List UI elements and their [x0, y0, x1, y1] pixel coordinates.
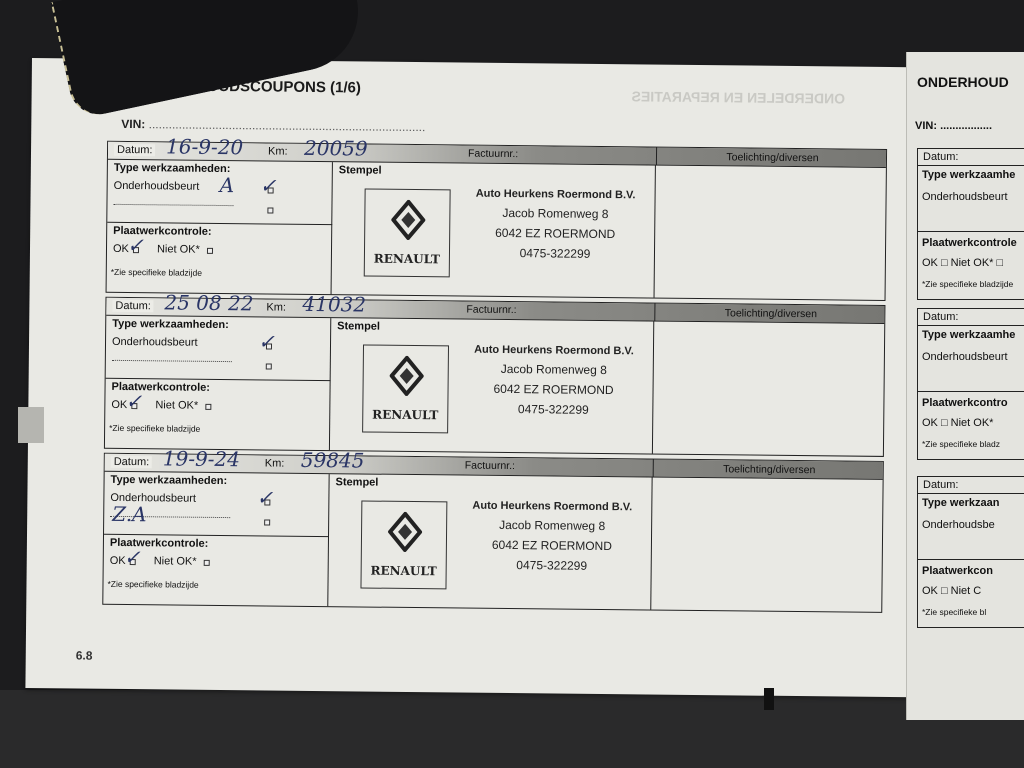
niet-ok-label: Niet OK*: [155, 399, 198, 411]
other-work-line: [112, 360, 232, 362]
right-page: ONDERHOUD VIN: ................. Datum: …: [906, 52, 1024, 720]
bookmark-ribbon: [764, 688, 774, 710]
onderhoudsbeurt-label: Onderhoudsbe: [922, 519, 995, 531]
vin-field: VIN: ...................................…: [121, 117, 425, 134]
section-tab-marker: [18, 407, 44, 443]
dealer-name: Auto Heurkens Roermond B.V.: [457, 499, 647, 513]
dealer-city: 6042 EZ ROERMOND: [460, 225, 650, 241]
divider: [918, 559, 1024, 560]
factuurnr-label: Factuurnr.:: [468, 148, 518, 161]
renault-diamond-icon: [388, 512, 422, 552]
niet-ok-checkbox[interactable]: [204, 560, 210, 566]
other-work-handwritten: Z.A: [112, 502, 147, 526]
right-page-title: ONDERHOUD: [917, 74, 1009, 90]
stempel-label: Stempel: [336, 476, 379, 488]
factuurnr-label: Factuurnr.:: [466, 304, 516, 317]
dealer-stamp-text: Auto Heurkens Roermond B.V. Jacob Romenw…: [457, 499, 648, 579]
vin-dots: ........................................…: [149, 117, 426, 134]
footnote-text: *Zie specifieke bl: [922, 607, 986, 617]
ok-check-mark-icon: ✓: [124, 545, 141, 569]
plaatwerkcontrole-label: Plaatwerkcon: [922, 565, 993, 577]
datum-label: Datum:: [112, 300, 154, 312]
dealer-name: Auto Heurkens Roermond B.V.: [461, 187, 651, 201]
check-mark-icon: ✓: [256, 485, 273, 509]
renault-diamond-icon: [389, 356, 423, 396]
ok-options: OK □ Niet OK* □: [922, 257, 1003, 269]
vin-label: VIN:: [121, 117, 145, 131]
datum-label: Datum:: [114, 144, 156, 156]
datum-label: Datum:: [923, 151, 958, 163]
other-work-checkbox[interactable]: [264, 519, 270, 525]
other-work-checkbox[interactable]: [266, 363, 272, 369]
maintenance-coupon-1: Datum: 16-9-20 Km: 20059 Factuurnr.: Toe…: [106, 141, 888, 301]
dealer-city: 6042 EZ ROERMOND: [457, 537, 647, 553]
datum-handwritten: 19-9-24: [163, 446, 240, 471]
dealer-phone: 0475-322299: [460, 245, 650, 261]
dealer-city: 6042 EZ ROERMOND: [458, 381, 648, 397]
plaatwerkcontrole-label: Plaatwerkcontro: [922, 397, 1008, 409]
check-mark-icon: ✓: [258, 329, 275, 353]
datum-label: Datum:: [923, 479, 958, 491]
stamp-brand: RENAULT: [363, 407, 447, 422]
type-werkzaamheden-label: Type werkzaan: [922, 497, 999, 509]
check-mark-icon: ✓: [260, 173, 277, 197]
km-handwritten: 59845: [301, 448, 365, 473]
ok-options: OK □ Niet OK*: [922, 417, 993, 429]
niet-ok-checkbox[interactable]: [205, 404, 211, 410]
type-werkzaamheden-label: Type werkzaamheden:: [111, 474, 228, 487]
type-werkzaamheden-label: Type werkzaamheden:: [114, 162, 231, 175]
bleed-through-title: ONDERDELEN EN REPARATIES: [632, 88, 846, 106]
toelichting-label: Toelichting/diversen: [653, 460, 885, 480]
niet-ok-label: Niet OK*: [154, 555, 197, 567]
table-surface: [0, 690, 1024, 768]
onderhoud-note-handwritten: A: [220, 173, 235, 197]
onderhoudsbeurt-label: Onderhoudsbeurt: [922, 191, 1008, 203]
onderhoudsbeurt-label: Onderhoudsbeurt: [922, 351, 1008, 363]
renault-diamond-icon: [391, 200, 425, 240]
stamp-section: Stempel RENAULT Auto Heurkens Roermond B…: [328, 474, 652, 609]
dealer-name: Auto Heurkens Roermond B.V.: [459, 343, 649, 357]
footnote-text: *Zie specifieke bladzijde: [109, 423, 200, 434]
work-type-section: Type werkzaamheden: Onderhoudsbeurt A ✓ …: [107, 160, 333, 294]
divider: [918, 391, 1024, 392]
factuurnr-label: Factuurnr.:: [465, 460, 515, 473]
divider: [918, 231, 1024, 232]
stamp-brand: RENAULT: [362, 563, 446, 578]
right-coupon-2: Datum: Type werkzaamhe Onderhoudsbeurt P…: [917, 308, 1024, 460]
ok-options: OK □ Niet C: [922, 585, 981, 597]
dealer-street: Jacob Romenweg 8: [459, 361, 649, 377]
work-type-section: Type werkzaamheden: Onderhoudsbeurt ✓ Pl…: [105, 316, 331, 450]
toelichting-label: Toelichting/diversen: [654, 304, 886, 324]
other-work-line: [113, 204, 233, 206]
onderhoudsbeurt-label: Onderhoudsbeurt: [114, 180, 200, 193]
plaatwerkcontrole-section: Plaatwerkcontrole: OK ✓ Niet OK* *Zie sp…: [105, 378, 331, 450]
dealer-stamp-text: Auto Heurkens Roermond B.V. Jacob Romenw…: [458, 343, 649, 423]
left-page: ONDERHOUDSCOUPONS (1/6) ONDERDELEN EN RE…: [25, 58, 922, 697]
maintenance-coupon-2: Datum: 25 08 22 Km: 41032 Factuurnr.: To…: [104, 297, 886, 457]
dealer-phone: 0475-322299: [457, 557, 647, 573]
dealer-street: Jacob Romenweg 8: [457, 517, 647, 533]
right-coupon-3: Datum: Type werkzaan Onderhoudsbe Plaatw…: [917, 476, 1024, 628]
km-label: Km:: [265, 457, 285, 469]
work-type-section: Type werkzaamheden: Onderhoudsbeurt ✓ Z.…: [103, 472, 329, 606]
dealer-street: Jacob Romenweg 8: [460, 205, 650, 221]
stamp-section: Stempel RENAULT Auto Heurkens Roermond B…: [330, 318, 654, 453]
dealer-stamp-text: Auto Heurkens Roermond B.V. Jacob Romenw…: [460, 187, 651, 267]
km-label: Km:: [268, 145, 288, 157]
onderhoudsbeurt-label: Onderhoudsbeurt: [112, 336, 198, 349]
other-work-checkbox[interactable]: [267, 207, 273, 213]
renault-stamp-logo: RENAULT: [360, 500, 447, 589]
renault-stamp-logo: RENAULT: [362, 344, 449, 433]
niet-ok-label: Niet OK*: [157, 243, 200, 255]
footnote-text: *Zie specifieke bladzijde: [111, 267, 202, 278]
km-handwritten: 41032: [302, 292, 366, 317]
plaatwerkcontrole-label: Plaatwerkcontrole: [922, 237, 1017, 249]
divider: [918, 325, 1024, 326]
right-vin-dots: .................: [940, 120, 992, 132]
footnote-text: *Zie specifieke bladz: [922, 439, 1000, 449]
page-number: 6.8: [76, 648, 93, 662]
datum-handwritten: 16-9-20: [166, 134, 243, 159]
plaatwerkcontrole-section: Plaatwerkcontrole: OK ✓ Niet OK* *Zie sp…: [103, 534, 329, 606]
datum-label: Datum:: [111, 456, 153, 468]
right-vin-label: VIN:: [915, 120, 937, 132]
datum-label: Datum:: [923, 311, 958, 323]
type-werkzaamheden-label: Type werkzaamhe: [922, 329, 1015, 341]
type-werkzaamheden-label: Type werkzaamhe: [922, 169, 1015, 181]
renault-stamp-logo: RENAULT: [364, 188, 451, 277]
right-vin-field: VIN: .................: [915, 120, 992, 132]
stempel-label: Stempel: [339, 164, 382, 176]
footnote-text: *Zie specifieke bladzijde: [107, 579, 198, 590]
stamp-section: Stempel RENAULT Auto Heurkens Roermond B…: [332, 162, 656, 297]
maintenance-coupon-3: Datum: 19-9-24 Km: 59845 Factuurnr.: Toe…: [102, 453, 884, 613]
ok-check-mark-icon: ✓: [125, 389, 142, 413]
ok-check-mark-icon: ✓: [127, 233, 144, 257]
plaatwerkcontrole-section: Plaatwerkcontrole: OK ✓ Niet OK* *Zie sp…: [107, 222, 333, 294]
datum-handwritten: 25 08 22: [164, 290, 253, 315]
right-coupon-1: Datum: Type werkzaamhe Onderhoudsbeurt P…: [917, 148, 1024, 300]
divider: [918, 493, 1024, 494]
footnote-text: *Zie specifieke bladzijde: [922, 279, 1013, 289]
niet-ok-checkbox[interactable]: [207, 248, 213, 254]
km-handwritten: 20059: [304, 136, 368, 161]
type-werkzaamheden-label: Type werkzaamheden:: [112, 318, 229, 331]
km-label: Km:: [266, 301, 286, 313]
toelichting-label: Toelichting/diversen: [656, 148, 888, 168]
stempel-label: Stempel: [337, 320, 380, 332]
divider: [918, 165, 1024, 166]
stamp-brand: RENAULT: [365, 251, 449, 266]
dealer-phone: 0475-322299: [458, 401, 648, 417]
